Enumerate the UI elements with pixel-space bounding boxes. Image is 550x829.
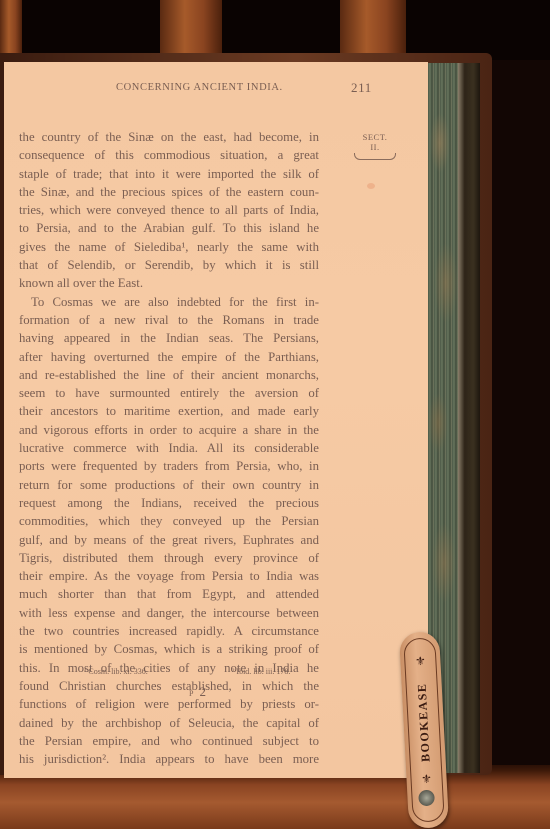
text-line: the two countries increased rapidly. A c…	[19, 622, 319, 640]
text-line: commodities, which they conveyed up the …	[19, 512, 319, 530]
text-line: staple of trade; that into it were impor…	[19, 165, 319, 183]
text-line: much shorter than that from Egypt, and a…	[19, 585, 319, 603]
text-line: the Persian empire, and who continued su…	[19, 732, 319, 750]
text-line: is mentioned by Cosmas, which is a strik…	[19, 640, 319, 658]
signature-letter: P	[189, 689, 193, 698]
book-spine-edge	[458, 63, 480, 773]
wood-slat	[160, 0, 222, 58]
text-line: that of Selendib, or Serendib, by which …	[19, 256, 319, 274]
text-line: ports were frequented by traders from Pe…	[19, 457, 319, 475]
ornament-icon: ⚜	[406, 771, 447, 788]
text-line: their ancestors to maritime exertion, an…	[19, 402, 319, 420]
ornament-icon: ⚜	[400, 653, 441, 670]
book-page: CONCERNING ANCIENT INDIA. 211 SECT. II. …	[4, 62, 428, 778]
text-line: to Persia, and to the Arabian gulf. To t…	[19, 219, 319, 237]
margin-note-number: II.	[350, 142, 400, 152]
text-line: after having overturned the empire of th…	[19, 348, 319, 366]
brace-mark	[354, 153, 396, 160]
text-line: seem to have surmounted entirely the ave…	[19, 384, 319, 402]
text-line: their empire. As the voyage from Persia …	[19, 567, 319, 585]
text-line: having appeared in the Indian seas. The …	[19, 329, 319, 347]
text-line: lucrative commerce with India. All its c…	[19, 439, 319, 457]
text-line: tries, which were conveyed thence to all…	[19, 201, 319, 219]
text-line: formation of a new rival to the Romans i…	[19, 311, 319, 329]
text-line: and re-established the line of their anc…	[19, 366, 319, 384]
text-line: consequence of this commodious situation…	[19, 146, 319, 164]
text-line: the Sinæ, and the precious spices of the…	[19, 183, 319, 201]
bookmark-brand: BOOKEASE	[404, 671, 443, 773]
text-line: return for some productions of their own…	[19, 476, 319, 494]
text-line: found Christian churches established, in…	[19, 677, 319, 695]
text-line: functions of religion were performed by …	[19, 695, 319, 713]
wood-slat	[0, 0, 22, 58]
running-head-title: CONCERNING ANCIENT INDIA.	[116, 82, 283, 93]
text-line: request among the Indians, received the …	[19, 494, 319, 512]
page-number: 211	[351, 80, 372, 96]
text-line: his jurisdiction². India appears to have…	[19, 750, 319, 768]
text-line: the country of the Sinæ on the east, had…	[19, 128, 319, 146]
text-line: with less expense and danger, the interc…	[19, 604, 319, 622]
text-line: dained by the archbishop of Seleucia, th…	[19, 714, 319, 732]
foxing-spot	[367, 183, 375, 189]
dark-background	[0, 0, 550, 60]
text-line: known all over the East.	[19, 274, 319, 292]
text-line: Tigris, distributed them through every p…	[19, 549, 319, 567]
signature-mark: P2	[189, 684, 206, 700]
signature-number: 2	[199, 684, 206, 699]
margin-section-note: SECT. II.	[350, 132, 400, 160]
running-head: CONCERNING ANCIENT INDIA. 211	[4, 82, 428, 98]
text-line: gulf, and by means of the great rivers, …	[19, 531, 319, 549]
text-line: To Cosmas we are also indebted for the f…	[19, 293, 319, 311]
wooden-book-stand	[0, 770, 550, 829]
text-line: and vigorous efforts in order to acquire…	[19, 421, 319, 439]
margin-note-sect: SECT.	[350, 132, 400, 142]
wood-slat	[340, 0, 406, 58]
footnote-1: ¹ Cosm. lib. xi. 336.	[84, 667, 148, 676]
footnote-2: ² Ibid. lib. iii. 178.	[232, 667, 290, 676]
text-line: gives the name of Sielediba¹, nearly the…	[19, 238, 319, 256]
